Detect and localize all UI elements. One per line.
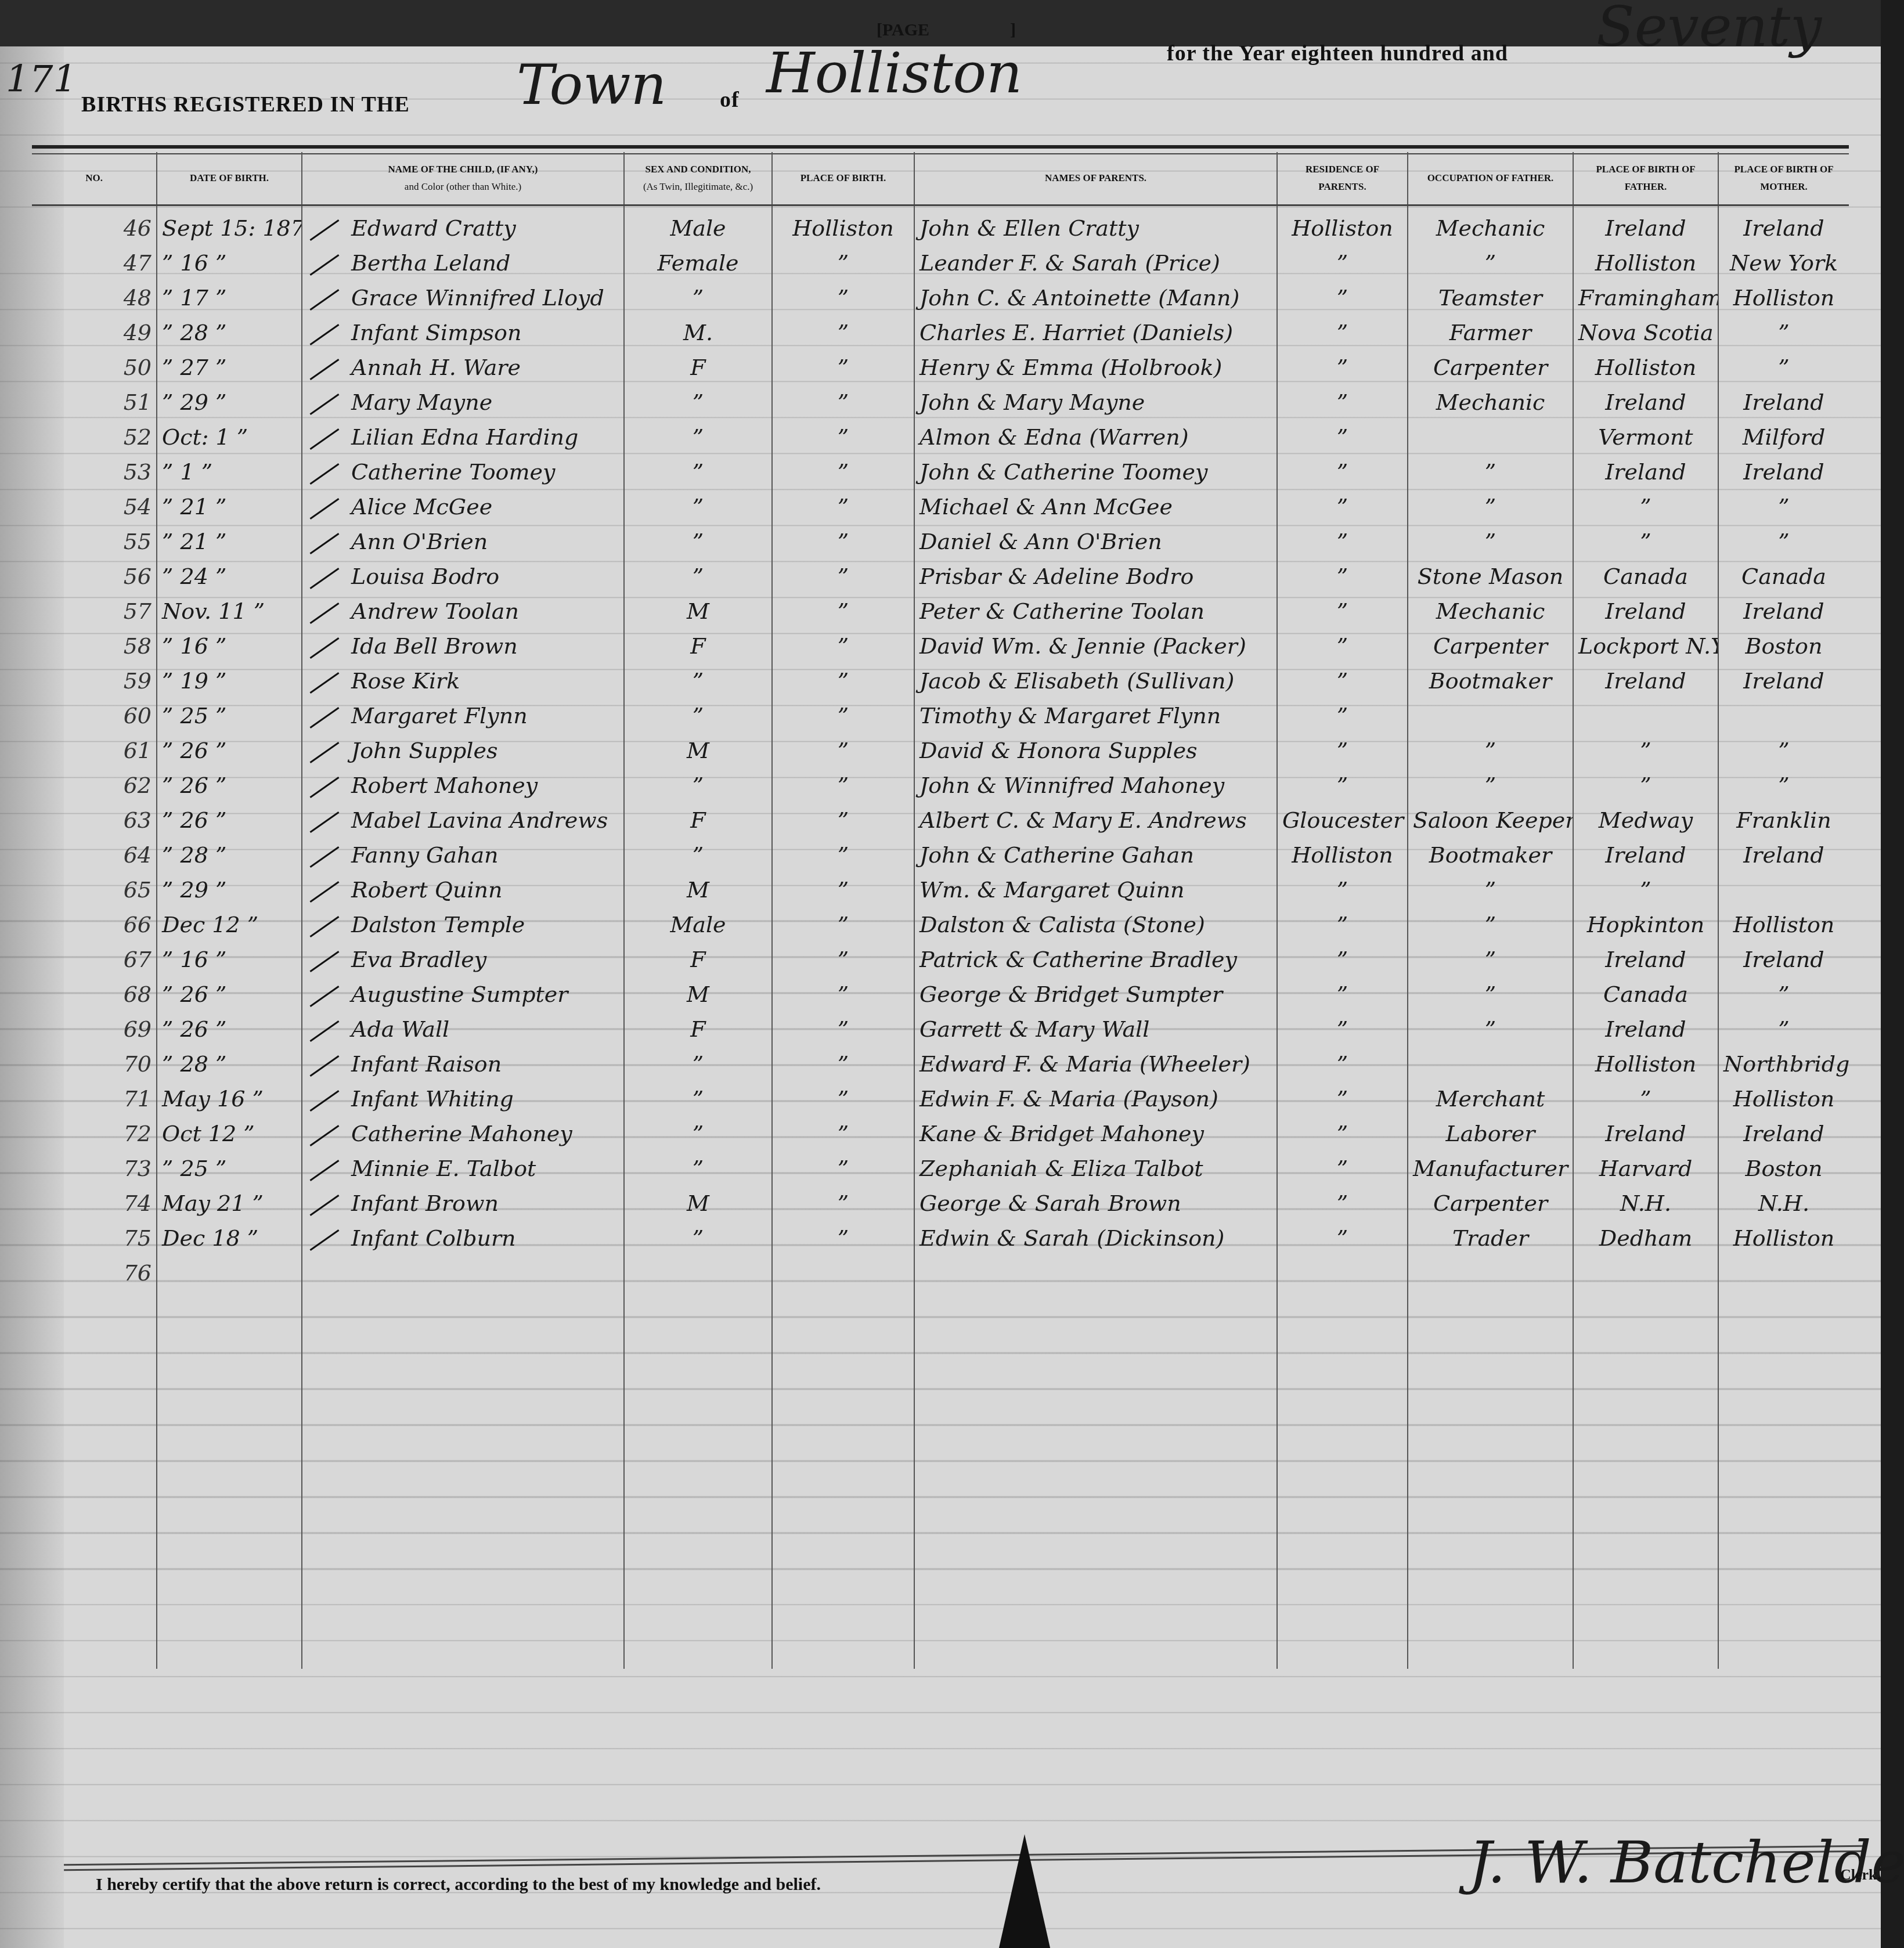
cell-no: 49	[32, 311, 157, 345]
check-mark-icon	[310, 881, 340, 903]
cell-no: 74	[32, 1181, 157, 1216]
cell-residence: ”	[1277, 1007, 1408, 1042]
cell-occupation: Teamster	[1408, 276, 1573, 311]
cell-name: Edward Cratty	[302, 205, 624, 241]
table-row: 50” 27 ”Annah H. WareF”Henry & Emma (Hol…	[32, 345, 1849, 380]
check-mark-icon	[310, 428, 340, 450]
cell-mother-birth: Ireland	[1718, 1112, 1849, 1146]
cell-date: ” 25 ”	[157, 694, 302, 728]
table-row: 69” 26 ”Ada WallF”Garrett & Mary Wall””I…	[32, 1007, 1849, 1042]
cell-occupation	[1408, 1599, 1573, 1634]
check-mark-icon	[310, 986, 340, 1007]
cell-date: Oct: 1 ”	[157, 415, 302, 450]
col-header-mother-birth: Place of Birth of Mother.	[1718, 152, 1849, 205]
cell-no: 52	[32, 415, 157, 450]
cell-sex: M	[624, 1181, 772, 1216]
cell-no: 62	[32, 763, 157, 798]
cell-no	[32, 1495, 157, 1529]
cell-no: 50	[32, 345, 157, 380]
cell-residence: ”	[1277, 694, 1408, 728]
cell-mother-birth: Ireland	[1718, 380, 1849, 415]
col-header-place: Place of Birth.	[772, 152, 914, 205]
table-row: 64” 28 ”Fanny Gahan””John & Catherine Ga…	[32, 833, 1849, 868]
cell-residence: ”	[1277, 903, 1408, 937]
table-row: 68” 26 ”Augustine SumpterM”George & Brid…	[32, 972, 1849, 1007]
cell-date: May 21 ”	[157, 1181, 302, 1216]
check-mark-icon	[310, 568, 340, 589]
cell-no: 56	[32, 554, 157, 589]
cell-residence: ”	[1277, 868, 1408, 903]
child-name: Infant Brown	[351, 1191, 499, 1216]
cell-residence: ”	[1277, 520, 1408, 554]
cell-sex	[624, 1425, 772, 1460]
table-row: 76	[32, 1251, 1849, 1286]
cell-sex	[624, 1251, 772, 1286]
cell-father-birth	[1573, 1460, 1718, 1495]
cell-date: ” 26 ”	[157, 798, 302, 833]
cell-name: Catherine Mahoney	[302, 1112, 624, 1146]
cell-occupation	[1408, 1634, 1573, 1669]
cell-sex	[624, 1495, 772, 1529]
cell-mother-birth	[1718, 1321, 1849, 1355]
col-header-parents: Names of Parents.	[914, 152, 1277, 205]
cell-mother-birth	[1718, 1425, 1849, 1460]
table-row: 71May 16 ”Infant Whiting””Edwin F. & Mar…	[32, 1077, 1849, 1112]
cell-parents: Zephaniah & Eliza Talbot	[914, 1146, 1277, 1181]
cell-parents: Edwin & Sarah (Dickinson)	[914, 1216, 1277, 1251]
check-mark-icon	[310, 707, 340, 728]
cell-no: 73	[32, 1146, 157, 1181]
cell-date: Nov. 11 ”	[157, 589, 302, 624]
check-mark-icon	[310, 289, 340, 311]
certification-statement: I hereby certify that the above return i…	[96, 1875, 821, 1895]
cell-date: Dec 18 ”	[157, 1216, 302, 1251]
cell-occupation: Trader	[1408, 1216, 1573, 1251]
cell-parents	[914, 1390, 1277, 1425]
cell-date	[157, 1355, 302, 1390]
cell-sex: ”	[624, 833, 772, 868]
table-row	[32, 1495, 1849, 1529]
check-mark-icon	[310, 219, 340, 241]
cell-name: Infant Colburn	[302, 1216, 624, 1251]
cell-mother-birth: Ireland	[1718, 205, 1849, 241]
cell-name	[302, 1355, 624, 1390]
cell-place: ”	[772, 903, 914, 937]
cell-sex	[624, 1599, 772, 1634]
cell-mother-birth: Ireland	[1718, 833, 1849, 868]
cell-date: ” 28 ”	[157, 311, 302, 345]
cell-place	[772, 1355, 914, 1390]
cell-father-birth: ”	[1573, 728, 1718, 763]
child-name: Infant Colburn	[351, 1225, 516, 1251]
cell-date	[157, 1286, 302, 1321]
cell-sex: ”	[624, 450, 772, 485]
cell-father-birth: Ireland	[1573, 589, 1718, 624]
cell-name	[302, 1286, 624, 1321]
cell-father-birth	[1573, 1425, 1718, 1460]
cell-no: 76	[32, 1251, 157, 1286]
cell-mother-birth: ”	[1718, 763, 1849, 798]
check-mark-icon	[310, 951, 340, 972]
cell-father-birth	[1573, 1321, 1718, 1355]
col-header-residence: Residence of Parents.	[1277, 152, 1408, 205]
cell-father-birth: N.H.	[1573, 1181, 1718, 1216]
cell-place: ”	[772, 694, 914, 728]
table-row	[32, 1634, 1849, 1669]
cell-date: ” 28 ”	[157, 1042, 302, 1077]
check-mark-icon	[310, 254, 340, 276]
cell-place: ”	[772, 380, 914, 415]
cell-name: Ann O'Brien	[302, 520, 624, 554]
cell-name: Eva Bradley	[302, 937, 624, 972]
cell-residence: ”	[1277, 589, 1408, 624]
cell-name: Margaret Flynn	[302, 694, 624, 728]
cell-sex: ”	[624, 380, 772, 415]
child-name: Rose Kirk	[351, 668, 460, 694]
cell-parents: George & Sarah Brown	[914, 1181, 1277, 1216]
page-number: 171	[6, 58, 77, 101]
check-mark-icon	[310, 324, 340, 345]
cell-place: ”	[772, 554, 914, 589]
check-mark-icon	[310, 1020, 340, 1042]
child-name: Grace Winnifred Lloyd	[351, 285, 604, 311]
page-label: [PAGE	[877, 20, 929, 40]
cell-father-birth: Ireland	[1573, 1112, 1718, 1146]
cell-no: 55	[32, 520, 157, 554]
cell-residence: ”	[1277, 659, 1408, 694]
cell-parents: John & Winnifred Mahoney	[914, 763, 1277, 798]
cell-place	[772, 1564, 914, 1599]
cell-place: ”	[772, 345, 914, 380]
cell-name: Catherine Toomey	[302, 450, 624, 485]
cell-date	[157, 1564, 302, 1599]
table-row: 67” 16 ”Eva BradleyF”Patrick & Catherine…	[32, 937, 1849, 972]
cell-name: Mabel Lavina Andrews	[302, 798, 624, 833]
cell-mother-birth: ”	[1718, 345, 1849, 380]
cell-parents	[914, 1634, 1277, 1669]
cell-father-birth: ”	[1573, 1077, 1718, 1112]
table-row: 51” 29 ”Mary Mayne””John & Mary Mayne”Me…	[32, 380, 1849, 415]
cell-no: 60	[32, 694, 157, 728]
cell-parents: John & Catherine Toomey	[914, 450, 1277, 485]
cell-residence: ”	[1277, 276, 1408, 311]
table-row: 72Oct 12 ”Catherine Mahoney””Kane & Brid…	[32, 1112, 1849, 1146]
check-mark-icon	[310, 637, 340, 659]
cell-date: ” 29 ”	[157, 868, 302, 903]
cell-place	[772, 1286, 914, 1321]
cell-parents	[914, 1321, 1277, 1355]
cell-place: ”	[772, 868, 914, 903]
binding-shadow	[998, 1834, 1051, 1948]
cell-name	[302, 1390, 624, 1425]
cell-no	[32, 1529, 157, 1564]
cell-residence	[1277, 1321, 1408, 1355]
col-header-name: Name of the Child, (if any,)and Color (o…	[302, 152, 624, 205]
cell-father-birth: Nova Scotia	[1573, 311, 1718, 345]
cell-parents	[914, 1355, 1277, 1390]
cell-name: John Supples	[302, 728, 624, 763]
cell-sex: Male	[624, 205, 772, 241]
child-name: Mary Mayne	[351, 389, 492, 415]
cell-father-birth	[1573, 694, 1718, 728]
check-mark-icon	[310, 1160, 340, 1181]
cell-name: Lilian Edna Harding	[302, 415, 624, 450]
cell-occupation	[1408, 1460, 1573, 1495]
cell-sex	[624, 1529, 772, 1564]
cell-occupation: ”	[1408, 485, 1573, 520]
cell-name: Minnie E. Talbot	[302, 1146, 624, 1181]
cell-parents: David Wm. & Jennie (Packer)	[914, 624, 1277, 659]
cell-occupation: Manufacturer	[1408, 1146, 1573, 1181]
cell-mother-birth: Ireland	[1718, 589, 1849, 624]
cell-parents	[914, 1425, 1277, 1460]
cell-sex: M	[624, 972, 772, 1007]
cell-sex: ”	[624, 1077, 772, 1112]
child-name: Infant Whiting	[351, 1086, 514, 1112]
cell-occupation	[1408, 1425, 1573, 1460]
cell-mother-birth	[1718, 1599, 1849, 1634]
cell-no: 57	[32, 589, 157, 624]
table-row: 58” 16 ”Ida Bell BrownF”David Wm. & Jenn…	[32, 624, 1849, 659]
cell-father-birth: ”	[1573, 868, 1718, 903]
table-row: 60” 25 ”Margaret Flynn””Timothy & Margar…	[32, 694, 1849, 728]
table-row: 49” 28 ”Infant SimpsonM.”Charles E. Harr…	[32, 311, 1849, 345]
check-mark-icon	[310, 846, 340, 868]
cell-no	[32, 1355, 157, 1390]
child-name: Edward Cratty	[351, 215, 516, 241]
cell-sex: ”	[624, 1146, 772, 1181]
cell-sex: ”	[624, 415, 772, 450]
table-row: 57Nov. 11 ”Andrew ToolanM”Peter & Cather…	[32, 589, 1849, 624]
cell-place: ”	[772, 972, 914, 1007]
cell-occupation: Carpenter	[1408, 345, 1573, 380]
cell-occupation	[1408, 1495, 1573, 1529]
column-headers: No. Date of Birth. Name of the Child, (i…	[32, 152, 1849, 205]
cell-parents: Patrick & Catherine Bradley	[914, 937, 1277, 972]
table-row	[32, 1564, 1849, 1599]
cell-name	[302, 1251, 624, 1286]
cell-occupation	[1408, 694, 1573, 728]
cell-no: 58	[32, 624, 157, 659]
cell-father-birth: Vermont	[1573, 415, 1718, 450]
col-header-sex: Sex and Condition,(As Twin, Illegitimate…	[624, 152, 772, 205]
cell-parents: Almon & Edna (Warren)	[914, 415, 1277, 450]
cell-place: ”	[772, 1007, 914, 1042]
cell-name	[302, 1495, 624, 1529]
cell-father-birth: Dedham	[1573, 1216, 1718, 1251]
cell-name: Infant Raison	[302, 1042, 624, 1077]
cell-place: ”	[772, 659, 914, 694]
cell-name: Ida Bell Brown	[302, 624, 624, 659]
child-name: Catherine Toomey	[351, 459, 555, 485]
cell-no: 64	[32, 833, 157, 868]
cell-residence: Gloucester	[1277, 798, 1408, 833]
cell-date	[157, 1390, 302, 1425]
cell-mother-birth: N.H.	[1718, 1181, 1849, 1216]
child-name: Louisa Bodro	[351, 564, 499, 589]
cell-parents: Garrett & Mary Wall	[914, 1007, 1277, 1042]
cell-father-birth	[1573, 1634, 1718, 1669]
cell-place: ”	[772, 798, 914, 833]
cell-place	[772, 1599, 914, 1634]
cell-mother-birth	[1718, 694, 1849, 728]
cell-occupation	[1408, 1286, 1573, 1321]
cell-residence: ”	[1277, 450, 1408, 485]
child-name: Alice McGee	[351, 494, 492, 520]
cell-mother-birth	[1718, 1355, 1849, 1390]
table-row	[32, 1355, 1849, 1390]
cell-mother-birth: ”	[1718, 972, 1849, 1007]
cell-no: 67	[32, 937, 157, 972]
cell-father-birth: Framingham	[1573, 276, 1718, 311]
child-name: Lilian Edna Harding	[351, 424, 578, 450]
cell-no	[32, 1599, 157, 1634]
clerk-signature: J. W. Batchelder	[1469, 1828, 1904, 1896]
cell-residence: ”	[1277, 728, 1408, 763]
cell-place: ”	[772, 276, 914, 311]
cell-occupation: Merchant	[1408, 1077, 1573, 1112]
table-row: 52Oct: 1 ”Lilian Edna Harding””Almon & E…	[32, 415, 1849, 450]
cell-name: Ada Wall	[302, 1007, 624, 1042]
table-row: 46Sept 15: 1870Edward CrattyMaleHollisto…	[32, 205, 1849, 241]
child-name: Annah H. Ware	[351, 355, 521, 380]
cell-father-birth	[1573, 1251, 1718, 1286]
check-mark-icon	[310, 1125, 340, 1146]
cell-occupation	[1408, 1564, 1573, 1599]
cell-no	[32, 1634, 157, 1669]
cell-parents: John & Ellen Cratty	[914, 205, 1277, 241]
table-row	[32, 1599, 1849, 1634]
cell-no	[32, 1425, 157, 1460]
cell-place: ”	[772, 1181, 914, 1216]
table-row: 59” 19 ”Rose Kirk””Jacob & Elisabeth (Su…	[32, 659, 1849, 694]
check-mark-icon	[310, 359, 340, 380]
cell-place: ”	[772, 589, 914, 624]
cell-parents	[914, 1495, 1277, 1529]
cell-occupation: Bootmaker	[1408, 659, 1573, 694]
child-name: Eva Bradley	[351, 947, 486, 972]
cell-father-birth: Ireland	[1573, 659, 1718, 694]
cell-name: Infant Simpson	[302, 311, 624, 345]
cell-parents: Leander F. & Sarah (Price)	[914, 241, 1277, 276]
cell-place: ”	[772, 241, 914, 276]
cell-occupation: Stone Mason	[1408, 554, 1573, 589]
child-name: Ann O'Brien	[351, 529, 488, 554]
cell-mother-birth	[1718, 1495, 1849, 1529]
cell-mother-birth: ”	[1718, 485, 1849, 520]
cell-father-birth: ”	[1573, 763, 1718, 798]
cell-mother-birth	[1718, 1460, 1849, 1495]
cell-place: ”	[772, 937, 914, 972]
child-name: Ida Bell Brown	[351, 633, 518, 659]
cell-place	[772, 1425, 914, 1460]
child-name: Minnie E. Talbot	[351, 1156, 536, 1181]
cell-parents: John & Catherine Gahan	[914, 833, 1277, 868]
cell-place: ”	[772, 763, 914, 798]
title-prefix: BIRTHS REGISTERED IN THE	[81, 92, 410, 117]
cell-date: ” 26 ”	[157, 972, 302, 1007]
cell-name: Infant Brown	[302, 1181, 624, 1216]
cell-sex: ”	[624, 1042, 772, 1077]
cell-residence	[1277, 1529, 1408, 1564]
cell-residence: ”	[1277, 345, 1408, 380]
cell-sex: F	[624, 624, 772, 659]
cell-mother-birth	[1718, 1529, 1849, 1564]
cell-occupation: Carpenter	[1408, 624, 1573, 659]
cell-occupation: ”	[1408, 450, 1573, 485]
cell-residence: ”	[1277, 624, 1408, 659]
cell-date: ” 21 ”	[157, 485, 302, 520]
cell-father-birth	[1573, 1495, 1718, 1529]
check-mark-icon	[310, 533, 340, 554]
cell-date: Sept 15: 1870	[157, 205, 302, 241]
cell-no: 65	[32, 868, 157, 903]
cell-father-birth: Lockport N.Y.	[1573, 624, 1718, 659]
cell-parents	[914, 1529, 1277, 1564]
cell-mother-birth: ”	[1718, 311, 1849, 345]
cell-name: Bertha Leland	[302, 241, 624, 276]
child-name: John Supples	[351, 738, 497, 763]
cell-residence: Holliston	[1277, 833, 1408, 868]
register-rows: 46Sept 15: 1870Edward CrattyMaleHollisto…	[32, 205, 1849, 1669]
cell-parents: Dalston & Calista (Stone)	[914, 903, 1277, 937]
cell-name	[302, 1634, 624, 1669]
cell-father-birth: Harvard	[1573, 1146, 1718, 1181]
cell-name: Annah H. Ware	[302, 345, 624, 380]
cell-no: 48	[32, 276, 157, 311]
table-row: 75Dec 18 ”Infant Colburn””Edwin & Sarah …	[32, 1216, 1849, 1251]
child-name: Augustine Sumpter	[351, 982, 568, 1007]
table-row: 54” 21 ”Alice McGee””Michael & Ann McGee…	[32, 485, 1849, 520]
cell-occupation: Carpenter	[1408, 1181, 1573, 1216]
cell-no: 70	[32, 1042, 157, 1077]
child-name: Catherine Mahoney	[351, 1121, 572, 1146]
cell-occupation	[1408, 1355, 1573, 1390]
cell-parents: Henry & Emma (Holbrook)	[914, 345, 1277, 380]
cell-parents: Michael & Ann McGee	[914, 485, 1277, 520]
cell-name: Infant Whiting	[302, 1077, 624, 1112]
cell-sex: ”	[624, 276, 772, 311]
cell-date: ” 27 ”	[157, 345, 302, 380]
cell-sex	[624, 1460, 772, 1495]
table-row: 74May 21 ”Infant BrownM”George & Sarah B…	[32, 1181, 1849, 1216]
cell-residence: ”	[1277, 241, 1408, 276]
cell-mother-birth	[1718, 1390, 1849, 1425]
cell-residence: ”	[1277, 1112, 1408, 1146]
cell-mother-birth: Ireland	[1718, 450, 1849, 485]
child-name: Mabel Lavina Andrews	[351, 807, 608, 833]
page-title: BIRTHS REGISTERED IN THE Town of Hollist…	[75, 75, 1846, 151]
table-row	[32, 1460, 1849, 1495]
cell-mother-birth: Holliston	[1718, 903, 1849, 937]
cell-date: Oct 12 ”	[157, 1112, 302, 1146]
cell-date: ” 1 ”	[157, 450, 302, 485]
check-mark-icon	[310, 603, 340, 624]
cell-parents: John C. & Antoinette (Mann)	[914, 276, 1277, 311]
cell-occupation: Mechanic	[1408, 589, 1573, 624]
cell-place: ”	[772, 833, 914, 868]
cell-residence: ”	[1277, 1181, 1408, 1216]
table-row: 48” 17 ”Grace Winnifred Lloyd””John C. &…	[32, 276, 1849, 311]
col-header-no: No.	[32, 152, 157, 205]
cell-parents: George & Bridget Sumpter	[914, 972, 1277, 1007]
cell-occupation	[1408, 1390, 1573, 1425]
cell-residence	[1277, 1634, 1408, 1669]
cell-sex: F	[624, 937, 772, 972]
cell-date	[157, 1599, 302, 1634]
cell-parents	[914, 1599, 1277, 1634]
cell-sex: F	[624, 1007, 772, 1042]
